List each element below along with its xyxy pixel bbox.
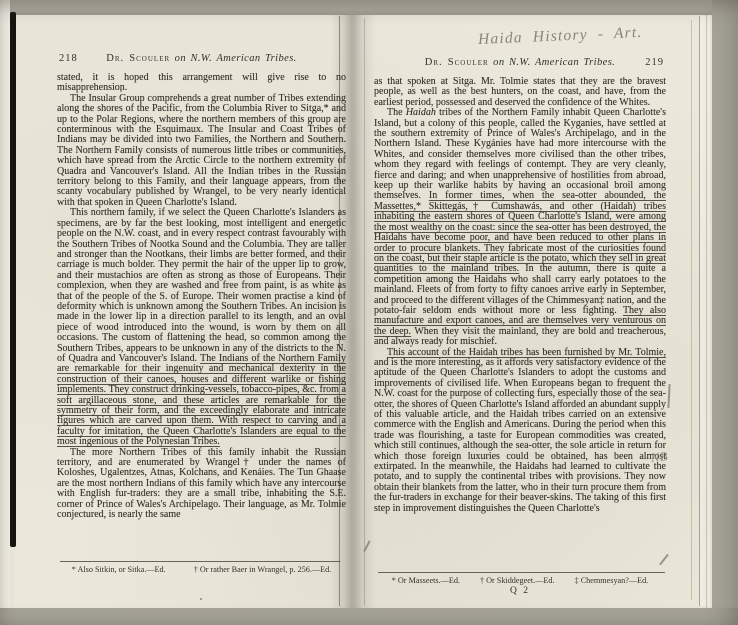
footnote: † Or rather Baer in Wrangel, p. 256.—Ed. bbox=[194, 565, 332, 575]
text-segment: tribes of the Northern Family inhabit Qu… bbox=[374, 107, 666, 201]
footnote: * Also Sitkin, or Sitka.—Ed. bbox=[72, 565, 166, 575]
text-segment: The Indians of the Northern Family are r… bbox=[57, 353, 346, 447]
handwritten-note: Haida History - Art. bbox=[478, 21, 709, 49]
footnote: * Or Masseets.—Ed. bbox=[392, 576, 460, 586]
page-edge-line bbox=[699, 16, 700, 606]
gutter-edge-line bbox=[364, 18, 365, 606]
running-header-title: Dr. Scouler on N.W. American Tribes. bbox=[106, 53, 296, 64]
photocopy-margin-left bbox=[0, 0, 10, 608]
pencil-bracket-mark bbox=[667, 384, 670, 408]
footnotes-left: * Also Sitkin, or Sitka.—Ed. † Or rather… bbox=[57, 565, 346, 575]
photocopy-black-bar bbox=[10, 12, 16, 547]
page-number-left: 218 bbox=[59, 53, 78, 64]
paragraph: This northern family, if we select the Q… bbox=[57, 208, 346, 447]
text-segment: and is the more interesting, as it affor… bbox=[374, 357, 666, 514]
page-stack-edge-right bbox=[700, 16, 710, 606]
margin-note-nb: NB bbox=[650, 449, 668, 466]
paragraph: The more Northern Tribes of this family … bbox=[57, 448, 346, 521]
footnote: ‡ Chemmesyan?—Ed. bbox=[575, 576, 649, 586]
footnote-rule-left bbox=[60, 561, 340, 562]
footnote-rule-right bbox=[378, 572, 665, 573]
text-segment: This account of the Haidah tribes has be… bbox=[387, 347, 666, 358]
scanner-edge-right bbox=[712, 0, 738, 625]
text-segment: as that spoken at Sitga. Mr. Tolmie stat… bbox=[374, 77, 666, 108]
running-header-title: Dr. Scouler on N.W. American Tribes. bbox=[425, 57, 615, 68]
page-edge-line bbox=[691, 20, 692, 600]
text-segment: This northern family, if we select the Q… bbox=[57, 207, 346, 364]
page-edge-line bbox=[706, 14, 707, 608]
text-segment: Haidah bbox=[406, 107, 436, 118]
running-header-left: 218 Dr. Scouler on N.W. American Tribes. bbox=[57, 53, 346, 67]
text-segment: N.W. American Tribes. bbox=[509, 57, 615, 68]
text-segment: Dr. Scouler bbox=[106, 53, 170, 64]
text-segment: The Insular Group comprehends a great nu… bbox=[57, 93, 346, 208]
text-segment: In former times, when the sea-otter abou… bbox=[374, 190, 666, 274]
scanner-edge-top bbox=[0, 0, 738, 15]
running-header-right: Dr. Scouler on N.W. American Tribes. 219 bbox=[374, 57, 666, 71]
text-segment: When they visit the mainland, they are b… bbox=[374, 326, 666, 347]
text-segment: on bbox=[489, 57, 509, 68]
scan-speck bbox=[200, 598, 202, 600]
footnotes-right: * Or Masseets.—Ed. † Or Skiddegeet.—Ed. … bbox=[374, 576, 666, 586]
text-segment: stated, it is hoped this arrangement wil… bbox=[57, 73, 346, 93]
signature-mark: Q 2 bbox=[374, 586, 666, 596]
paragraph: stated, it is hoped this arrangement wil… bbox=[57, 73, 346, 94]
text-segment: N.W. American Tribes. bbox=[191, 53, 297, 64]
text-segment: The more Northern Tribes of this family … bbox=[57, 447, 346, 520]
paragraph: This account of the Haidah tribes has be… bbox=[374, 348, 666, 515]
right-page-text: as that spoken at Sitga. Mr. Tolmie stat… bbox=[374, 77, 666, 569]
paragraph: The Haidah tribes of the Northern Family… bbox=[374, 108, 666, 347]
text-segment: Dr. Scouler bbox=[425, 57, 489, 68]
left-page-text: stated, it is hoped this arrangement wil… bbox=[57, 73, 346, 560]
text-segment: The bbox=[387, 107, 406, 118]
page-number-right: 219 bbox=[645, 57, 664, 68]
paragraph: The Insular Group comprehends a great nu… bbox=[57, 94, 346, 208]
paragraph: as that spoken at Sitga. Mr. Tolmie stat… bbox=[374, 77, 666, 108]
text-segment: on bbox=[170, 53, 190, 64]
footnote: † Or Skiddegeet.—Ed. bbox=[480, 576, 555, 586]
scanner-edge-bottom bbox=[0, 608, 738, 625]
book-scan: 218 Dr. Scouler on N.W. American Tribes.… bbox=[0, 0, 738, 625]
